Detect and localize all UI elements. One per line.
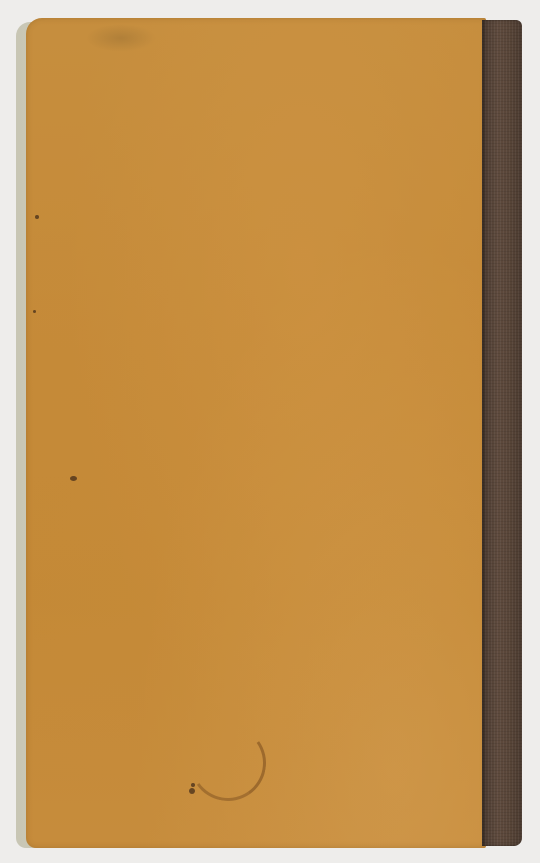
back-cover xyxy=(26,18,486,848)
ink-spot xyxy=(191,783,195,787)
ink-spot xyxy=(189,788,195,794)
ink-spot xyxy=(35,215,39,219)
cover-stain xyxy=(86,24,156,52)
ink-spot xyxy=(70,476,77,481)
ink-spot xyxy=(33,310,36,313)
cloth-spine xyxy=(482,20,522,846)
